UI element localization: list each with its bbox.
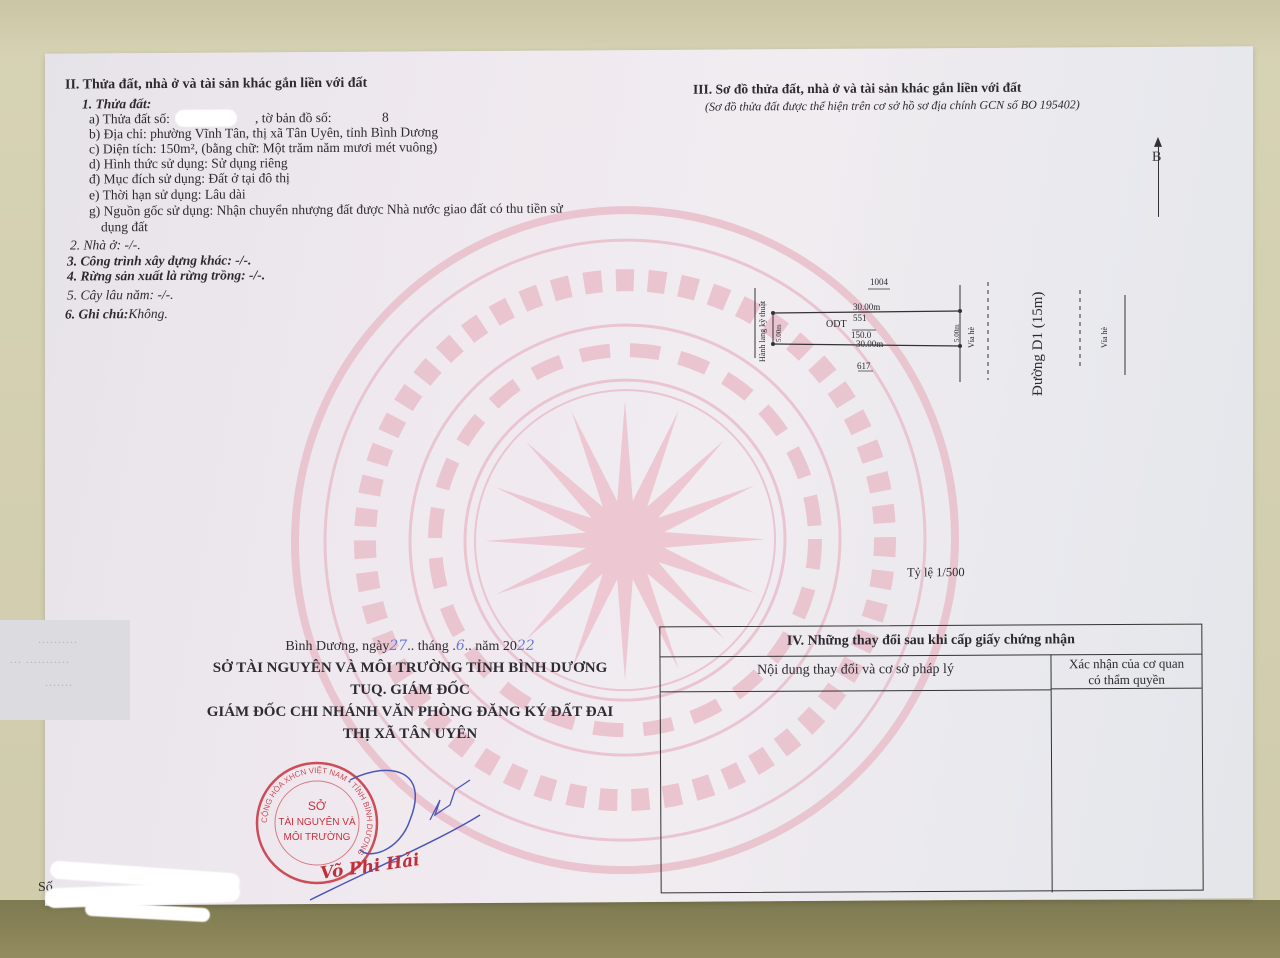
left-width: 5.00m xyxy=(775,324,783,342)
issue-date: Bình Dương, ngày27.. tháng .6.. năm 2022 xyxy=(180,636,640,657)
top-length: 30.00m xyxy=(853,302,880,312)
authorization-line: TUQ. GIÁM ĐỐC xyxy=(180,679,640,701)
adjacent-page-edge: .......... ... ........... ....... xyxy=(0,620,130,720)
use-purpose: đ) Mục đích sử dụng: Đất ở tại đô thị xyxy=(89,170,290,187)
issue-month: 6 xyxy=(456,638,465,654)
sidewalk-right-label: Vỉa hè xyxy=(1100,327,1109,348)
section4-title: IV. Những thay đổi sau khi cấp giấy chứn… xyxy=(660,625,1201,658)
changes-column-content: Nội dung thay đổi và cơ sở pháp lý xyxy=(660,654,1050,692)
parcel-area: 150.0 xyxy=(851,330,871,340)
road-label: Đường D1 (15m) xyxy=(1030,292,1047,396)
origin-line2: dụng đất xyxy=(101,219,148,235)
changes-table: IV. Những thay đổi sau khi cấp giấy chứn… xyxy=(659,624,1203,894)
technical-corridor-label: Hành lang kỹ thuật xyxy=(758,301,767,362)
changes-confirmation-cell xyxy=(1053,689,1204,890)
origin-line1: g) Nguồn gốc sử dụng: Nhận chuyển nhượng… xyxy=(89,201,563,220)
use-term: e) Thời hạn sử dụng: Lâu dài xyxy=(89,186,246,203)
forest: 4. Rừng sản xuất là rừng trồng: -/-. xyxy=(67,267,265,284)
section3-subtitle: (Sơ đồ thửa đất được thể hiện trên cơ sở… xyxy=(705,97,1080,114)
issuer-department: SỞ TÀI NGUYÊN VÀ MÔI TRƯỜNG TỈNH BÌNH DƯ… xyxy=(180,657,640,679)
land-heading: 1. Thửa đất: xyxy=(82,96,151,112)
map-sheet-label: , tờ bản đồ số: xyxy=(255,110,332,126)
section2-title: II. Thửa đất, nhà ở và tài sản khác gắn … xyxy=(65,76,367,94)
sidewalk-left-label: Vỉa hè xyxy=(967,327,976,348)
parcel-diagram: 1004 617 30.00m 30.00m ODT 551 150.0 Hàn… xyxy=(740,270,1160,400)
right-width: 5.00m xyxy=(953,324,961,342)
section3-title: III. Sơ đồ thửa đất, nhà ở và tài sản kh… xyxy=(693,80,1021,98)
issue-day: 27 xyxy=(389,638,407,654)
branch-name: THỊ XÃ TÂN UYÊN xyxy=(180,723,640,745)
map-sheet-value: 8 xyxy=(382,110,389,126)
neighbor-top: 1004 xyxy=(870,277,888,287)
perennial: 5. Cây lâu năm: -/-. xyxy=(67,287,173,304)
scale-label: Tỷ lệ 1/500 xyxy=(907,565,965,580)
parcel-label: a) Thửa đất số: xyxy=(89,111,170,127)
parcel-number: 551 xyxy=(853,313,867,323)
note: 6. Ghi chú:Không. xyxy=(65,306,168,323)
north-label: B xyxy=(1152,150,1161,166)
note-label: 6. Ghi chú: xyxy=(65,306,128,321)
note-value: Không. xyxy=(128,306,167,321)
director-title: GIÁM ĐỐC CHI NHÁNH VĂN PHÒNG ĐĂNG KÝ ĐẤT… xyxy=(180,701,640,723)
neighbor-bottom: 617 xyxy=(857,361,871,371)
changes-column-confirmation: Xác nhận của cơ quan có thẩm quyền xyxy=(1050,654,1201,690)
redacted-parcel-number xyxy=(175,110,237,127)
handwritten-signature-icon xyxy=(290,760,490,910)
house: 2. Nhà ở: -/-. xyxy=(70,237,141,253)
bottom-length: 30.00m xyxy=(856,339,883,349)
changes-content-cell xyxy=(661,689,1052,891)
land-type: ODT xyxy=(826,319,847,330)
signature-block: Bình Dương, ngày27.. tháng .6.. năm 2022… xyxy=(180,636,640,745)
issue-year: 22 xyxy=(517,638,535,654)
